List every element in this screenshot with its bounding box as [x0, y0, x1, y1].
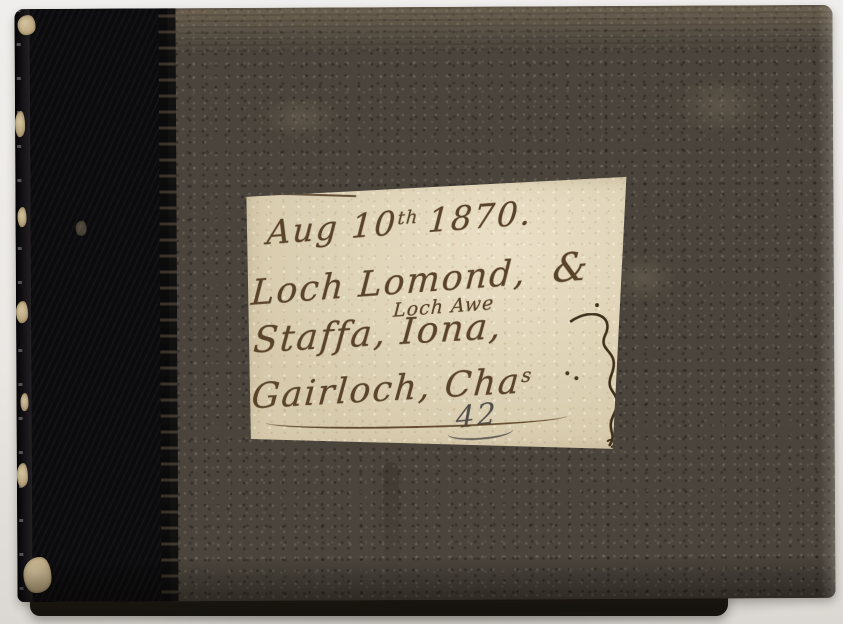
inscription-line4-superscript: s	[520, 363, 533, 387]
cover-right-edge-sheen	[818, 5, 835, 598]
worn-patch	[20, 393, 28, 411]
paper-label: Aug 10th1870. Loch Lomond,& Loch Awe Sta…	[242, 175, 641, 457]
book-front-cover: Aug 10th1870. Loch Lomond,& Loch Awe Sta…	[14, 5, 835, 602]
worn-patch	[17, 15, 35, 35]
worn-patch	[17, 207, 26, 227]
cover-top-edge-band	[154, 5, 832, 55]
inscription-line3: Staffa, Iona,	[252, 309, 504, 360]
label-top-ink-line	[256, 192, 356, 197]
inscription-date-main: Aug 10	[266, 203, 399, 252]
worn-patch	[15, 111, 25, 137]
worn-patch	[16, 301, 28, 323]
worn-patch	[17, 463, 28, 487]
worn-patch	[76, 221, 87, 236]
inscription-date-ordinal: th	[397, 207, 419, 230]
inscription-date-year: 1870.	[427, 193, 534, 240]
spine-crimp-border	[158, 8, 178, 601]
cover-bottom-shade	[17, 556, 835, 602]
ink-underline	[266, 415, 568, 432]
ink-dot	[595, 303, 599, 307]
cover-smudge	[655, 65, 785, 146]
inscription-line2-ampersand: &	[551, 244, 591, 292]
ink-flourish-diagonal	[557, 313, 634, 451]
cover-smudge	[245, 87, 355, 148]
inscription-date: Aug 10th1870.	[266, 196, 534, 249]
book-spine	[27, 8, 170, 602]
